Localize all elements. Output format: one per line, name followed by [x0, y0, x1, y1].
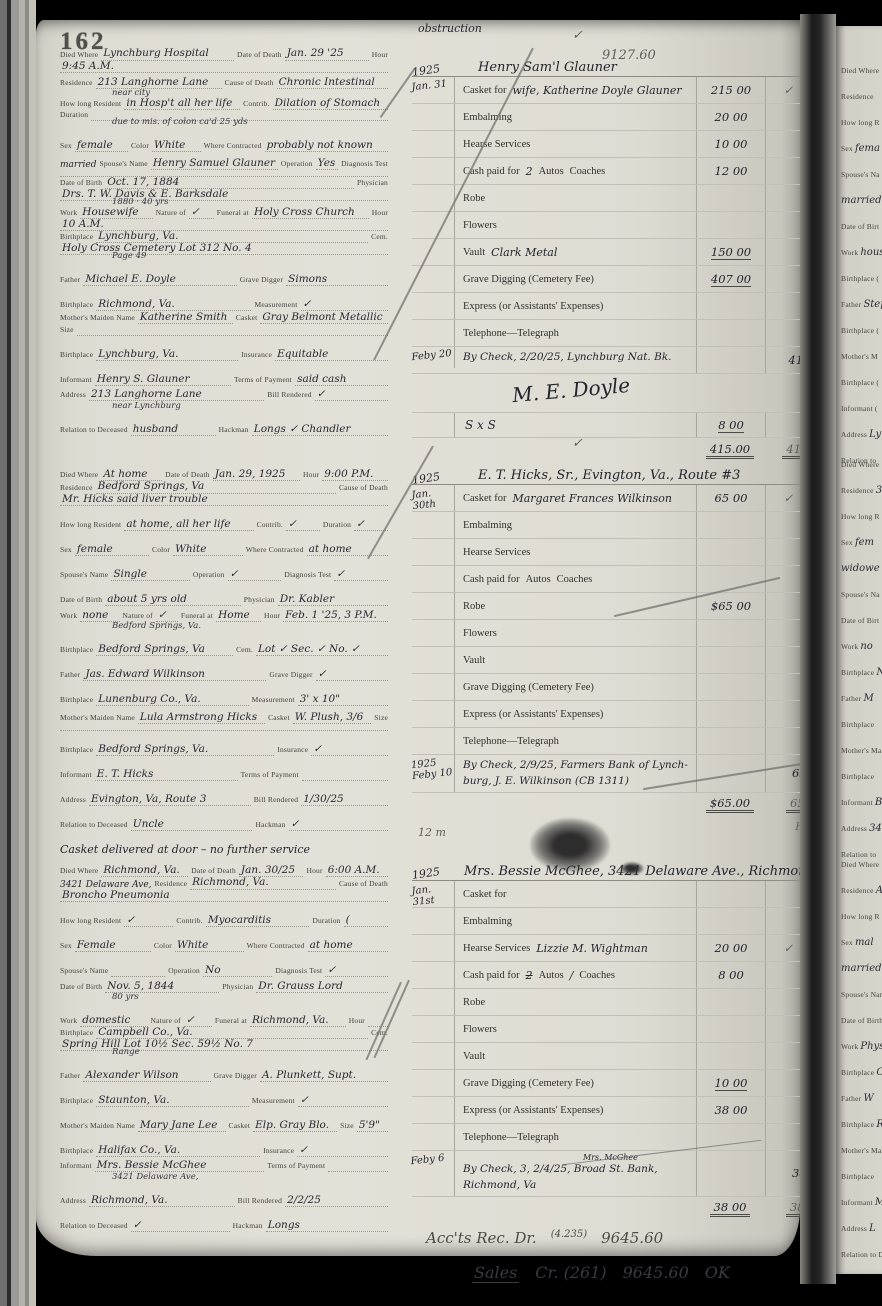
charge-description: Casket forwife, Katherine Doyle Glauner — [454, 77, 696, 103]
charge-description — [454, 793, 696, 817]
next-page-line: Died Where — [841, 60, 882, 86]
entry-date — [411, 1095, 455, 1125]
form-field-value: at home, all her life — [124, 519, 253, 531]
amount-cell: 407 00 — [696, 266, 765, 292]
form-field-label: Informant — [60, 770, 92, 781]
next-page-line: Died Where — [841, 454, 882, 480]
charge-label: Vault — [463, 247, 485, 258]
charge-row: Jan. 30thCasket forMargaret Frances Wilk… — [412, 485, 824, 512]
form-field-value: Ly — [869, 429, 881, 440]
form-field-label: Spouse's Na — [841, 590, 880, 599]
form-field-value: 5'9" — [357, 1120, 388, 1132]
charge-row: Hearse ServicesLizzie M. Wightman20 00✓ — [412, 935, 824, 962]
form-field-value: ✓ — [156, 610, 178, 622]
charge-hand: wife, Katherine Doyle Glauner — [512, 84, 681, 97]
ledger-scan: 162 9127.60 Died WhereLynchburg Hospital… — [0, 0, 882, 1306]
form-field-value: probably not known — [265, 140, 388, 152]
charge-description: Embalming — [454, 512, 696, 538]
form-field-label: Informant — [841, 798, 875, 807]
form-field-label: Duration — [60, 110, 88, 121]
next-page-line: Birthplace — [841, 1166, 882, 1192]
form-field-label: Father — [60, 670, 80, 681]
form-field-label: Work — [60, 1016, 77, 1027]
extra-row: S x S8 00 — [412, 413, 824, 438]
amount-cell — [696, 212, 765, 238]
form-field-line: BirthplaceLynchburg, Va.InsuranceEquitab… — [60, 336, 388, 361]
form-field-label: Sex — [60, 141, 72, 152]
form-field-value: Nov. 5, 1844 — [105, 981, 219, 993]
check-mark: ✓ — [572, 436, 583, 451]
entry-date — [411, 672, 455, 702]
form-field-label: Nature of — [123, 611, 153, 622]
field-note: married — [60, 160, 96, 170]
next-page-line: How long R — [841, 506, 882, 532]
form-field-label: Cause of Death — [225, 78, 274, 89]
form-field-value: in Hosp't all her life — [124, 98, 240, 110]
form-field-label: Terms of Payment — [241, 770, 299, 781]
amount-cell: 20 00 — [696, 935, 765, 961]
charge-row: Flowers — [412, 620, 824, 647]
next-page-line: Birthplace ( — [841, 372, 882, 398]
next-page-line: Address Ly — [841, 424, 882, 450]
amount-cell: 10 00 — [696, 1070, 765, 1096]
next-page-line: Date of Birt — [841, 610, 882, 636]
charge-description: Grave Digging (Cemetery Fee) — [454, 266, 696, 292]
form-field-label: Died Where — [841, 66, 879, 75]
payment-date: Feby 20 — [411, 345, 455, 375]
form-field-value: 34 — [869, 823, 882, 834]
charge-label: Autos — [539, 166, 564, 177]
form-field-label: Father — [60, 1071, 80, 1082]
form-field-line: How long Residentat home, all her lifeCo… — [60, 506, 388, 531]
next-page-line: married — [841, 958, 882, 984]
amount: 20 00 — [715, 110, 748, 124]
field-note: Range — [112, 1048, 388, 1057]
form-field-label: Contrib. — [257, 520, 283, 531]
charge-description: Casket forMargaret Frances Wilkinson — [454, 485, 696, 511]
amount-cell — [696, 539, 765, 565]
form-field-label: Physician — [244, 595, 275, 606]
account-holder-name: E. T. Hicks, Sr., Evington, Va., Route #… — [454, 468, 824, 484]
charge-label: Embalming — [463, 520, 512, 531]
charge-description: Vault — [454, 647, 696, 673]
form-field-label: How long R — [841, 118, 880, 127]
amount-cell: 20 00 — [696, 104, 765, 130]
form-field-value: at home — [308, 940, 388, 952]
form-field-value — [302, 780, 388, 781]
charge-label: Grave Digging (Cemetery Fee) — [463, 274, 594, 285]
form-field-value: Jas. Edward Wilkinson — [83, 669, 266, 681]
form-field-value: Jan. 29, 1925 — [213, 469, 300, 481]
entry-date — [411, 1014, 455, 1044]
form-field-line: Date of BirthOct. 17, 1884PhysicianDrs. … — [60, 177, 388, 207]
charge-description: Grave Digging (Cemetery Fee) — [454, 674, 696, 700]
form-field-value: Uncle — [131, 819, 253, 831]
amount: 215 00 — [711, 83, 751, 97]
charge-label: Casket for — [463, 85, 506, 96]
form-field-line: Relation to Deceased✓HackmanLongs — [60, 1207, 388, 1232]
form-field-line: Died WhereLynchburg HospitalDate of Deat… — [60, 48, 388, 73]
next-page-line: Birthplace Ca — [841, 1062, 882, 1088]
form-field-value: husband — [131, 424, 216, 436]
payment-text: burg, J. E. Wilkinson (CB 1311) — [463, 774, 696, 790]
charge-row: Grave Digging (Cemetery Fee)10 00 — [412, 1070, 824, 1097]
form-field-label: Date of Birth — [60, 178, 102, 189]
form-field-value: ✓ — [131, 1220, 230, 1232]
form-field-label: How long R — [841, 512, 880, 521]
amount-cell: $65.00 — [696, 793, 764, 817]
form-field-label: Father — [841, 300, 863, 309]
form-field-label: Address — [841, 430, 869, 439]
charge-row: Embalming20 00 — [412, 104, 824, 131]
form-field-value: L — [869, 1223, 876, 1234]
next-page-line: Sex fema — [841, 138, 882, 164]
amount-cell — [696, 1016, 765, 1042]
charge-label: Coaches — [557, 574, 593, 585]
form-field-label: Birthplace — [60, 1096, 93, 1107]
form-field-label: Date of Birth — [60, 982, 102, 993]
next-page-line: Sex mal — [841, 932, 882, 958]
payment-date: 1925Feby 10 — [410, 753, 456, 794]
form-field-label: Grave Digger — [214, 1071, 257, 1082]
form-field-value: Elp. Gray Blo. — [253, 1120, 337, 1132]
form-field-label: Address — [841, 824, 869, 833]
account-holder-name: Henry Sam'l Glauner — [454, 60, 824, 76]
charge-label: Flowers — [463, 628, 497, 639]
form-field-label: Birthplace — [841, 668, 876, 677]
form-field-value: Richmond, Va. — [101, 865, 188, 877]
field-note: 3421 Delaware Ave, — [112, 1173, 388, 1182]
form-field-label: Duration — [323, 520, 351, 531]
amount-cell — [696, 1043, 765, 1069]
form-field-line: ResidenceBedford Springs, VaCause of Dea… — [60, 481, 388, 506]
form-field-value: Feb. 1 '25, 3 P.M. — [283, 610, 388, 622]
account-header: 1925Henry Sam'l Glauner — [412, 48, 824, 77]
form-field-label: Birthplace ( — [841, 378, 879, 387]
form-field-line: BirthplaceLynchburg, Va.Cem.Holy Cross C… — [60, 231, 388, 261]
form-field-label: Hour — [372, 208, 388, 219]
form-field-label: Hour — [303, 470, 319, 481]
amount: ✓ — [784, 491, 794, 505]
charge-description: Flowers — [454, 1016, 696, 1042]
form-field-label: Date of Birt — [841, 222, 879, 231]
form-field-line: FatherAlexander WilsonGrave DiggerA. Plu… — [60, 1057, 388, 1082]
form-field-value: ( — [344, 915, 388, 927]
form-field-value: Lunenburg Co., Va. — [96, 694, 248, 706]
form-field-value: Richmond, Va. — [190, 877, 336, 889]
form-field-label: How long Resident — [60, 99, 121, 110]
charge-row: Hearse Services — [412, 539, 824, 566]
form-field-value: Mary Jane Lee — [138, 1120, 226, 1132]
form-field-line: WorknoneNature of✓Funeral atHomeHourFeb.… — [60, 606, 388, 631]
form-field-line: SexFemaleColorWhiteWhere Contractedat ho… — [60, 927, 388, 952]
next-page-line: How long R — [841, 112, 882, 138]
charge-label: Embalming — [463, 916, 512, 927]
form-field-label: Birthplace — [60, 645, 93, 656]
payment-entry: Mrs. McGheeBy Check, 3, 2/4/25, Broad St… — [454, 1151, 696, 1196]
form-field-label: Cause of Death — [339, 879, 388, 890]
charge-description: Cash paid for2AutosCoaches — [454, 158, 696, 184]
amount-cell — [696, 620, 765, 646]
form-field-line: How long Resident✓Contrib.MyocarditisDur… — [60, 902, 388, 927]
amount: 65 00 — [715, 491, 748, 505]
field-note: 3421 Delaware Ave, — [60, 880, 152, 890]
form-field-label: Address — [60, 795, 86, 806]
form-field-value: Katherine Smith — [138, 312, 233, 324]
form-field-label: Physician — [357, 178, 388, 189]
account-column: obstruction✓1925Henry Sam'l GlaunerJan. … — [412, 48, 824, 462]
amount-cell — [696, 1151, 765, 1196]
form-field-label: Residence — [60, 78, 93, 89]
form-field-label: Where Contracted — [204, 141, 262, 152]
ledger-posting-part: 9645.60 — [623, 1263, 689, 1282]
form-field-value: fema — [855, 143, 880, 154]
amount-cell — [696, 989, 765, 1015]
form-field-label: Died Where — [60, 866, 98, 877]
form-field-value: Step — [863, 299, 882, 310]
form-field-label: Funeral at — [215, 1016, 247, 1027]
form-field-line: BirthplaceBedford Springs, VaCem.Lot ✓ S… — [60, 631, 388, 656]
amount: 38 00 — [715, 1103, 748, 1117]
entry-date — [411, 411, 455, 439]
form-field-label: How long R — [841, 912, 880, 921]
form-field-value: about 5 yrs old — [105, 594, 241, 606]
form-field-line: 3421 Delaware Ave,ResidenceRichmond, Va.… — [60, 877, 388, 902]
form-field-value: Henry Samuel Glauner — [151, 158, 278, 170]
margin-note: 12 m — [418, 826, 446, 839]
form-field-label: Mother's Maid — [841, 1146, 882, 1155]
form-field-label: Where Contracted — [246, 545, 304, 556]
entry-date — [411, 645, 455, 675]
form-field-line: BirthplaceStaunton, Va.Measurement✓ — [60, 1082, 388, 1107]
form-field-label: Mother's M — [841, 352, 878, 361]
form-field-value: Staunton, Va. — [96, 1095, 249, 1107]
check-mark: ✓ — [572, 28, 583, 43]
form-field-label: Birthplace — [60, 695, 93, 706]
form-field-value: Single — [111, 569, 190, 581]
ledger-posting-part: Sales — [472, 1263, 519, 1283]
entry-date — [411, 510, 455, 540]
payment-row: Feby 20By Check, 2/20/25, Lynchburg Nat.… — [412, 347, 824, 374]
form-field-value: Mr. Hicks said liver trouble — [60, 494, 388, 506]
charge-row: Vault — [412, 1043, 824, 1070]
amount-cell — [696, 881, 765, 907]
form-field-value: At home — [101, 469, 162, 481]
form-field-value: Ca — [876, 1067, 882, 1078]
form-field-label: Birthplace — [60, 350, 93, 361]
form-field-value: married — [841, 195, 882, 206]
entry-date-text: Jan. 30th — [411, 488, 436, 512]
entry-date — [411, 264, 455, 294]
form-field-value: ✓ — [289, 819, 388, 831]
form-field-value: 213 Langhorne Lane — [96, 77, 222, 89]
form-field-value: 213 Langhorne Lane — [89, 389, 264, 401]
form-field-label: Birthplace — [841, 1068, 876, 1077]
form-field-line: Relation to DeceasedUncleHackman✓ — [60, 806, 388, 831]
charge-label: Autos — [539, 970, 564, 981]
form-field-value: Richmond, Va. — [250, 1015, 346, 1027]
form-field-value: ✓ — [286, 519, 320, 531]
page-gutter — [800, 14, 836, 1284]
form-field-label: Color — [152, 545, 170, 556]
form-field-label: Work — [60, 208, 77, 219]
form-field-value: Holy Cross Church — [252, 207, 369, 219]
charge-row: Express (or Assistants' Expenses) — [412, 701, 824, 728]
ledger-posting-part: (4.235) — [551, 1229, 587, 1240]
total-amount: 38 00 — [710, 1200, 751, 1217]
form-field-label: Died Where — [841, 860, 879, 869]
form-field-label: Birthplace ( — [841, 326, 879, 335]
amount-cell: 8 00 — [696, 962, 765, 988]
form-field-line: marriedSpouse's NameHenry Samuel Glauner… — [60, 152, 388, 177]
form-field-value: mal — [855, 937, 874, 948]
next-page-line: Date of Birt — [841, 216, 882, 242]
form-field-line: Residence213 Langhorne LaneCause of Deat… — [60, 73, 388, 98]
form-field-value: Jan. 30/25 — [239, 865, 304, 877]
form-field-label: Hackman — [219, 425, 249, 436]
form-field-value: Chronic Intestinal — [277, 77, 388, 89]
charge-row: Embalming — [412, 512, 824, 539]
field-note: Page 49 — [112, 252, 388, 261]
next-page-line: Birthplace ( — [841, 320, 882, 346]
form-field-label: Measurement — [252, 1096, 295, 1107]
form-field-label: How long Resident — [60, 520, 121, 531]
form-field-label: Date of Birt — [841, 616, 879, 625]
form-field-label: Address — [60, 390, 86, 401]
form-field-line: Died WhereAt homeDate of DeathJan. 29, 1… — [60, 456, 388, 481]
form-field-value: 1/30/25 — [301, 794, 388, 806]
charge-row: Robe$65 00 — [412, 593, 824, 620]
amount: 407 00 — [711, 272, 751, 287]
form-field-value: Lot ✓ Sec. ✓ No. ✓ — [256, 644, 388, 656]
charge-row: Flowers — [412, 1016, 824, 1043]
form-field-value: ✓ — [325, 965, 388, 977]
form-field-value: Housewife — [80, 207, 152, 219]
form-field-line: Date of BirthNov. 5, 1844PhysicianDr. Gr… — [60, 977, 388, 1002]
amount-cell — [696, 908, 765, 934]
form-field-value: Bedford Springs, Va — [96, 481, 336, 493]
form-field-line: AddressEvington, Va, Route 3Bill Rendere… — [60, 781, 388, 806]
amount-cell — [696, 512, 765, 538]
field-note: due to mis. of colon ca'd 25 yds — [112, 118, 388, 127]
form-field-value: Bedford Springs, Va. — [96, 744, 274, 756]
form-field-line: InformantE. T. HicksTerms of Payment — [60, 756, 388, 781]
entry-date — [411, 1041, 455, 1071]
form-field-value: Broncho Pneumonia — [60, 890, 388, 902]
charge-label: Flowers — [463, 220, 497, 231]
next-page-line: Residence A — [841, 880, 882, 906]
form-field-label: Insurance — [241, 350, 272, 361]
charge-description: Casket for — [454, 881, 696, 907]
charge-label: Telephone—Telegraph — [463, 1132, 559, 1143]
amount-cell: $65 00 — [696, 593, 765, 619]
amount-cell — [696, 185, 765, 211]
charge-row: Telephone—Telegraph — [412, 320, 824, 347]
entry-date — [411, 102, 455, 132]
entry-date — [411, 1194, 455, 1222]
next-page-line: Mother's Maid — [841, 1140, 882, 1166]
charge-label: Vault — [463, 1051, 485, 1062]
signature: M. E. Doyle — [511, 373, 631, 407]
charge-label: Express (or Assistants' Expenses) — [463, 709, 603, 720]
amount: ✓ — [784, 941, 794, 955]
form-field-label: Date of Birth — [841, 1016, 882, 1025]
form-field-label: Casket — [236, 313, 258, 324]
charge-description: Hearse Services — [454, 131, 696, 157]
form-field-line: InformantHenry S. GlaunerTerms of Paymen… — [60, 361, 388, 386]
form-field-label: Work — [60, 611, 77, 622]
amount: 20 00 — [715, 941, 748, 955]
charge-label: Grave Digging (Cemetery Fee) — [463, 682, 594, 693]
form-field-value: Michael E. Doyle — [83, 274, 236, 286]
next-page-line: Spouse's Nam — [841, 984, 882, 1010]
entry-date: Jan. 31st — [411, 879, 455, 909]
form-field-label: Grave Digger — [269, 670, 312, 681]
form-fields: Died WhereRichmond, Va.Date of DeathJan.… — [60, 852, 388, 1232]
form-field-value: female — [75, 544, 149, 556]
form-field-label: Died Where — [841, 460, 879, 469]
charge-description: VaultClark Metal — [454, 239, 696, 265]
form-field-value: hous — [860, 247, 882, 258]
form-field-value: Simons — [286, 274, 388, 286]
next-page-form-fragment: Died WhereResidence 3How long RSex femwi… — [841, 454, 882, 870]
next-page-line: Birthplace — [841, 766, 882, 792]
form-field-label: Casket — [229, 1121, 251, 1132]
next-page-line: Informant ( — [841, 398, 882, 424]
form-field-label: Work — [841, 1042, 860, 1051]
form-field-value: 6:00 A.M. — [326, 865, 388, 877]
charge-label: Robe — [463, 601, 485, 612]
ledger-page: 162 9127.60 Died WhereLynchburg Hospital… — [36, 20, 800, 1256]
form-field-line: WorkHousewifeNature of✓Funeral atHoly Cr… — [60, 206, 388, 231]
form-field-label: Relation to D — [841, 1250, 882, 1259]
form-field-value: White — [175, 940, 244, 952]
form-field-label: Died Where — [60, 470, 98, 481]
charge-description: Express (or Assistants' Expenses) — [454, 701, 696, 727]
form-field-value: female — [75, 140, 128, 152]
form-field-label: Relation to Deceased — [60, 425, 128, 436]
form-field-value: ✓ — [228, 569, 282, 581]
charge-description: Telephone—Telegraph — [454, 320, 696, 346]
margin-note: obstruction — [418, 22, 482, 35]
ledger-posting: SalesCr. (261)9645.60OK — [472, 1263, 824, 1282]
form-field-line: Died WhereRichmond, Va.Date of DeathJan.… — [60, 852, 388, 877]
form-field-value: R — [876, 1119, 882, 1130]
form-field-label: Father — [841, 694, 863, 703]
form-field-line: BirthplaceRichmond, Va.Measurement✓ — [60, 286, 388, 311]
total-amount: $65.00 — [706, 796, 754, 813]
form-field-value: 9:00 P.M. — [322, 469, 388, 481]
form-field-line: FatherJas. Edward WilkinsonGrave Digger✓ — [60, 656, 388, 681]
charge-label: Cash paid for — [463, 574, 520, 585]
form-field-label: Birthplace — [841, 720, 874, 729]
form-fields: Died WhereAt homeDate of DeathJan. 29, 1… — [60, 456, 388, 856]
amount-cell: 38 00 — [696, 1097, 765, 1123]
next-page-line: Informant B — [841, 792, 882, 818]
form-field-label: Birthplace — [841, 1120, 876, 1129]
payment-row: 1925Feby 10By Check, 2/9/25, Farmers Ban… — [412, 755, 824, 793]
charge-label: Coaches — [570, 166, 606, 177]
form-field-value: Yes — [316, 158, 338, 170]
payment-date-text: Feby 6 — [410, 1152, 453, 1167]
form-field-label: Diagnosis Test — [275, 966, 322, 977]
form-field-value: A — [876, 885, 882, 896]
payment-text: By Check, 3, 2/4/25, Broad St. Bank, Ric… — [463, 1162, 696, 1194]
form-field-value: married — [841, 963, 882, 974]
amount: 8 00 — [718, 418, 744, 433]
form-field-value: ✓ — [124, 915, 173, 927]
amount: 150 00 — [711, 245, 751, 260]
